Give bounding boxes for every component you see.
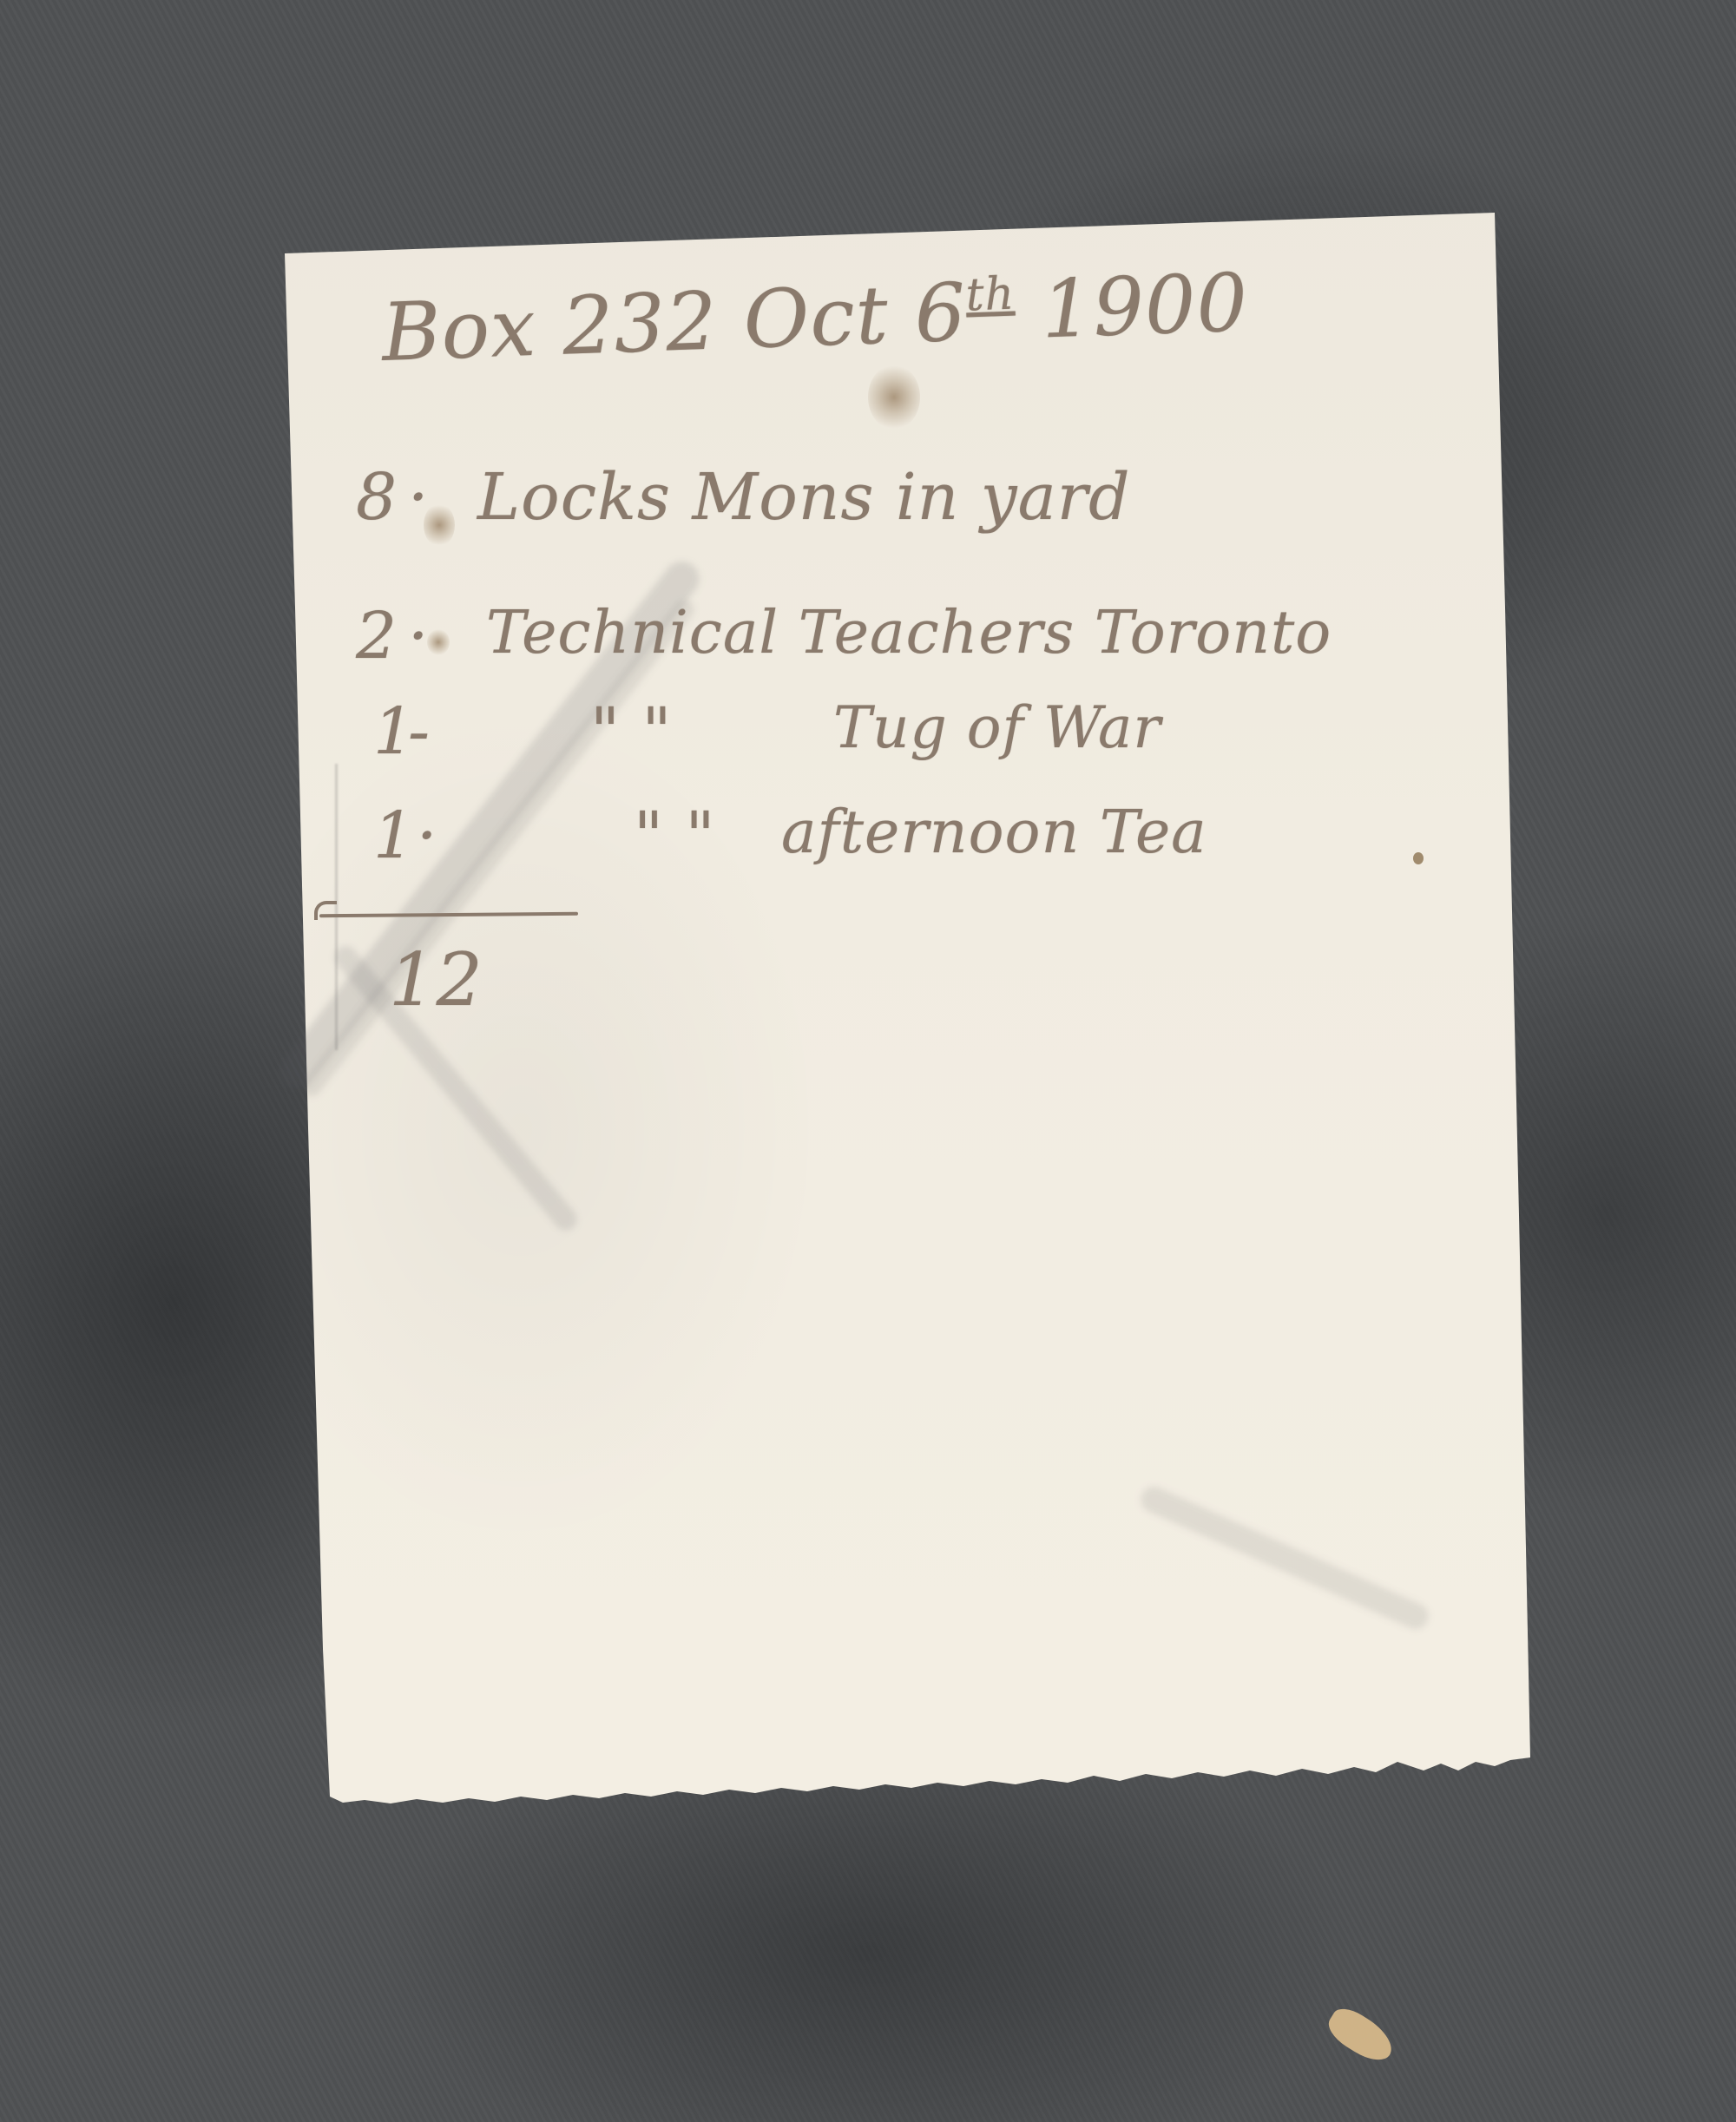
row-separator: · — [408, 599, 430, 673]
row-description: Technical Teachers Toronto — [486, 599, 1332, 667]
row-quantity: 8 — [356, 460, 398, 535]
row-description: Locks Mons in yard — [477, 460, 1130, 535]
ink-speck — [1413, 852, 1424, 864]
row-quantity: 2 — [356, 599, 398, 673]
row-quantity: 1 — [373, 798, 415, 873]
date-day: Oct 6 — [742, 266, 968, 367]
row-description: Tug of War — [833, 694, 1161, 761]
date-year: 1900 — [1040, 256, 1250, 356]
date-ordinal: th — [965, 268, 1016, 322]
row-separator: · — [408, 460, 430, 535]
row-ditto-marks: " " — [634, 798, 716, 873]
ink-blot — [868, 365, 920, 430]
box-label: Box 232 — [380, 275, 719, 379]
row-description: afternoon Tea — [781, 798, 1207, 867]
row-ditto-marks: " " — [590, 694, 673, 769]
row-separator: · — [417, 798, 438, 873]
ink-blot — [427, 629, 450, 655]
tally-total: 12 — [389, 937, 483, 1022]
row-separator: - — [408, 694, 431, 769]
